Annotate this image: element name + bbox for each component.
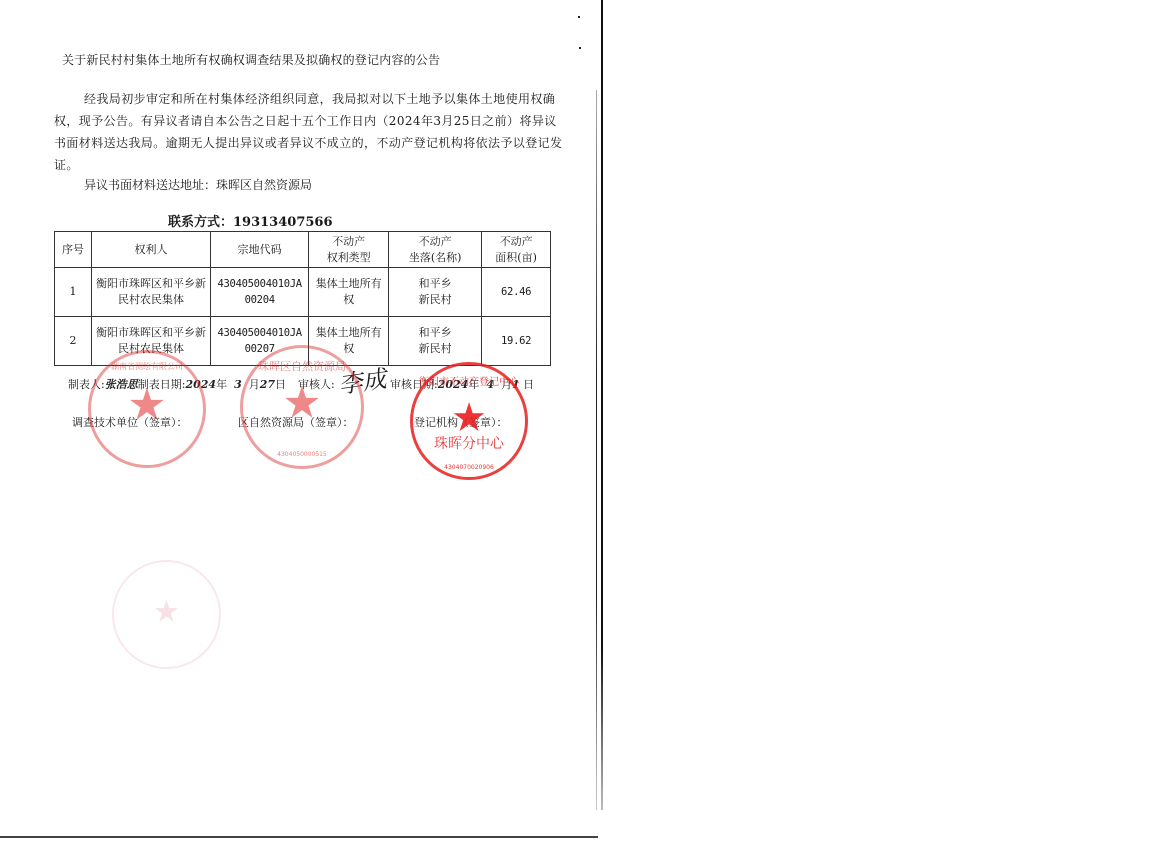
notice-body: 经我局初步审定和所在村集体经济组织同意，我局拟对以下土地予以集体土地使用权确权，… [54, 88, 564, 176]
header-area: 不动产面积(亩) [482, 232, 551, 268]
land-rights-table: 序号 权利人 宗地代码 不动产权利类型 不动产坐落(名称) 不动产面积(亩) 1… [54, 231, 551, 366]
prepared-year: 2024 [185, 378, 216, 391]
review-date-line: 审核日期:2024年 4 月1 日 [390, 376, 534, 392]
survey-unit-stamp: 湖南省测绘有限公司 ★ [88, 350, 206, 468]
page-edge [0, 836, 598, 838]
star-icon: ★ [153, 597, 180, 627]
header-right-type: 不动产权利类型 [309, 232, 389, 268]
cell-parcel-code: 430405004010JA00204 [211, 268, 309, 317]
cell-right-type: 集体土地所有权 [309, 268, 389, 317]
cell-area: 19.62 [482, 317, 551, 366]
bleed-through-stamp: ★ [112, 560, 221, 669]
review-day: 1 [512, 378, 520, 391]
preparer-line: 制表人:张浩思制表日期:2024年 3 月27日 [68, 376, 286, 392]
reviewer-signature: 李成 [336, 359, 388, 400]
scan-speck [579, 47, 581, 49]
objection-address: 异议书面材料送达地址：珠晖区自然资源局 [84, 176, 312, 193]
reviewer-line: 审核人: [298, 376, 335, 392]
table-header-row: 序号 权利人 宗地代码 不动产权利类型 不动产坐落(名称) 不动产面积(亩) [55, 232, 551, 268]
cell-area: 62.46 [482, 268, 551, 317]
cell-owner: 衡阳市珠晖区和平乡新民村农民集体 [91, 268, 210, 317]
scanned-page: 关于新民村村集体土地所有权确权调查结果及拟确权的登记内容的公告 经我局初步审定和… [0, 0, 598, 838]
header-owner: 权利人 [91, 232, 210, 268]
cell-location: 和平乡新民村 [389, 317, 482, 366]
preparer-label: 制表人: [68, 378, 105, 391]
survey-unit-seal-label: 调查技术单位（签章）： [72, 414, 188, 430]
contact-info: 联系方式：19313407566 [168, 211, 333, 230]
header-index: 序号 [55, 232, 92, 268]
reviewer-label: 审核人: [298, 378, 335, 391]
cell-right-type: 集体土地所有权 [309, 317, 389, 366]
review-month: 4 [486, 378, 494, 391]
table-row: 1 衡阳市珠晖区和平乡新民村农民集体 430405004010JA00204 集… [55, 268, 551, 317]
page-edge [596, 90, 597, 810]
prepared-day: 27 [260, 378, 275, 391]
scan-speck [578, 16, 580, 18]
preparer-signature: 张浩思 [105, 378, 138, 391]
page-edge [601, 0, 603, 810]
review-year: 2024 [438, 378, 469, 391]
header-location: 不动产坐落(名称) [389, 232, 482, 268]
cell-index: 2 [55, 317, 92, 366]
header-parcel-code: 宗地代码 [211, 232, 309, 268]
prepared-month: 3 [234, 378, 242, 391]
registry-seal-label: 登记机构（签章）： [414, 414, 508, 430]
cell-owner: 衡阳市珠晖区和平乡新民村农民集体 [91, 317, 210, 366]
resource-bureau-seal-label: 区自然资源局（签章）： [238, 414, 354, 430]
prepared-date-label: 制表日期: [138, 378, 186, 391]
cell-location: 和平乡新民村 [389, 268, 482, 317]
table-row: 2 衡阳市珠晖区和平乡新民村农民集体 430405004010JA00207 集… [55, 317, 551, 366]
review-date-label: 审核日期: [390, 378, 438, 391]
cell-index: 1 [55, 268, 92, 317]
cell-parcel-code: 430405004010JA00207 [211, 317, 309, 366]
notice-title: 关于新民村村集体土地所有权确权调查结果及拟确权的登记内容的公告 [62, 51, 562, 68]
